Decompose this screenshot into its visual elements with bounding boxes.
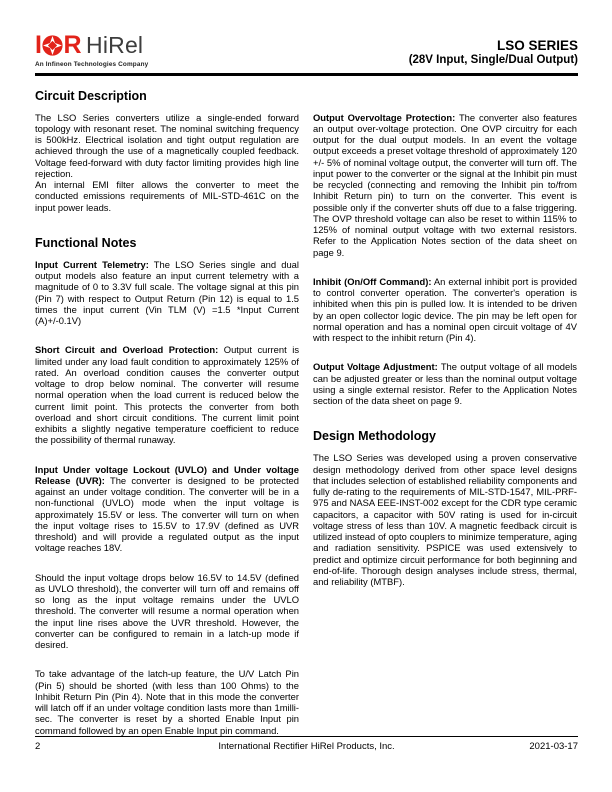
page-number: 2 [35,741,40,752]
paragraph-latchup-feature: To take advantage of the latch-up featur… [35,668,299,736]
paragraph-uvlo-behavior: Should the input voltage drops below 16.… [35,572,299,651]
logo-letter-i: I [35,33,41,58]
logo-hirel-text: HiRel [86,34,143,57]
page-content: Circuit Description The LSO Series conve… [35,89,578,754]
paragraph: An internal EMI filter allows the conver… [35,179,299,213]
ir-hirel-logo: I R HiRel An Infineon Technologies Compa… [35,33,148,68]
right-column: Output Overvoltage Protection: The conve… [313,89,577,754]
document-title-block: LSO SERIES (28V Input, Single/Dual Outpu… [409,33,578,67]
paragraph-lead: Inhibit (On/Off Command): [313,276,431,287]
section-heading-functional-notes: Functional Notes [35,236,299,250]
paragraph-inhibit-command: Inhibit (On/Off Command): An external in… [313,276,577,344]
paragraph-body: The converter also features an output ov… [313,112,577,258]
page-footer: 2 International Rectifier HiRel Products… [35,736,578,752]
datasheet-page: { "header": { "logo": { "letter_i": "I",… [0,0,612,792]
paragraph-uvlo-uvr: Input Under voltage Lockout (UVLO) and U… [35,464,299,554]
section-heading-design-methodology: Design Methodology [313,429,577,443]
paragraph-short-circuit-protection: Short Circuit and Overload Protection: O… [35,344,299,445]
paragraph-output-voltage-adjustment: Output Voltage Adjustment: The output vo… [313,361,577,406]
paragraph-lead: Short Circuit and Overload Protection: [35,344,218,355]
paragraph-design-methodology: The LSO Series was developed using a pro… [313,452,577,587]
section-heading-circuit-description: Circuit Description [35,89,299,103]
paragraph: The LSO Series converters utilize a sing… [35,112,299,180]
paragraph-lead: Output Voltage Adjustment: [313,361,438,372]
logo-tagline: An Infineon Technologies Company [35,61,148,68]
paragraph-body: Should the input voltage drops below 16.… [35,572,299,651]
paragraph-body: Output current is limited under any load… [35,344,299,445]
paragraph-output-overvoltage-protection: Output Overvoltage Protection: The conve… [313,112,577,258]
logo-lettering: I R HiRel [35,33,148,58]
footer-date: 2021-03-17 [529,741,578,752]
page-header: I R HiRel An Infineon Technologies Compa… [35,33,578,68]
paragraph-body: The converter is designed to be protecte… [35,475,299,554]
series-title: LSO SERIES [409,38,578,54]
paragraph-lead: Input Current Telemetry: [35,259,149,270]
left-column: Circuit Description The LSO Series conve… [35,89,299,754]
paragraph-body: To take advantage of the latch-up featur… [35,668,299,735]
footer-company: International Rectifier HiRel Products, … [218,741,394,752]
ir-star-o-icon [42,35,63,56]
header-divider [35,73,578,76]
paragraph-lead: Output Overvoltage Protection: [313,112,455,123]
series-subtitle: (28V Input, Single/Dual Output) [409,54,578,68]
paragraph-input-current-telemetry: Input Current Telemetry: The LSO Series … [35,259,299,327]
logo-letter-r: R [63,33,81,58]
footer-divider [35,736,578,737]
footer-row: 2 International Rectifier HiRel Products… [35,741,578,752]
